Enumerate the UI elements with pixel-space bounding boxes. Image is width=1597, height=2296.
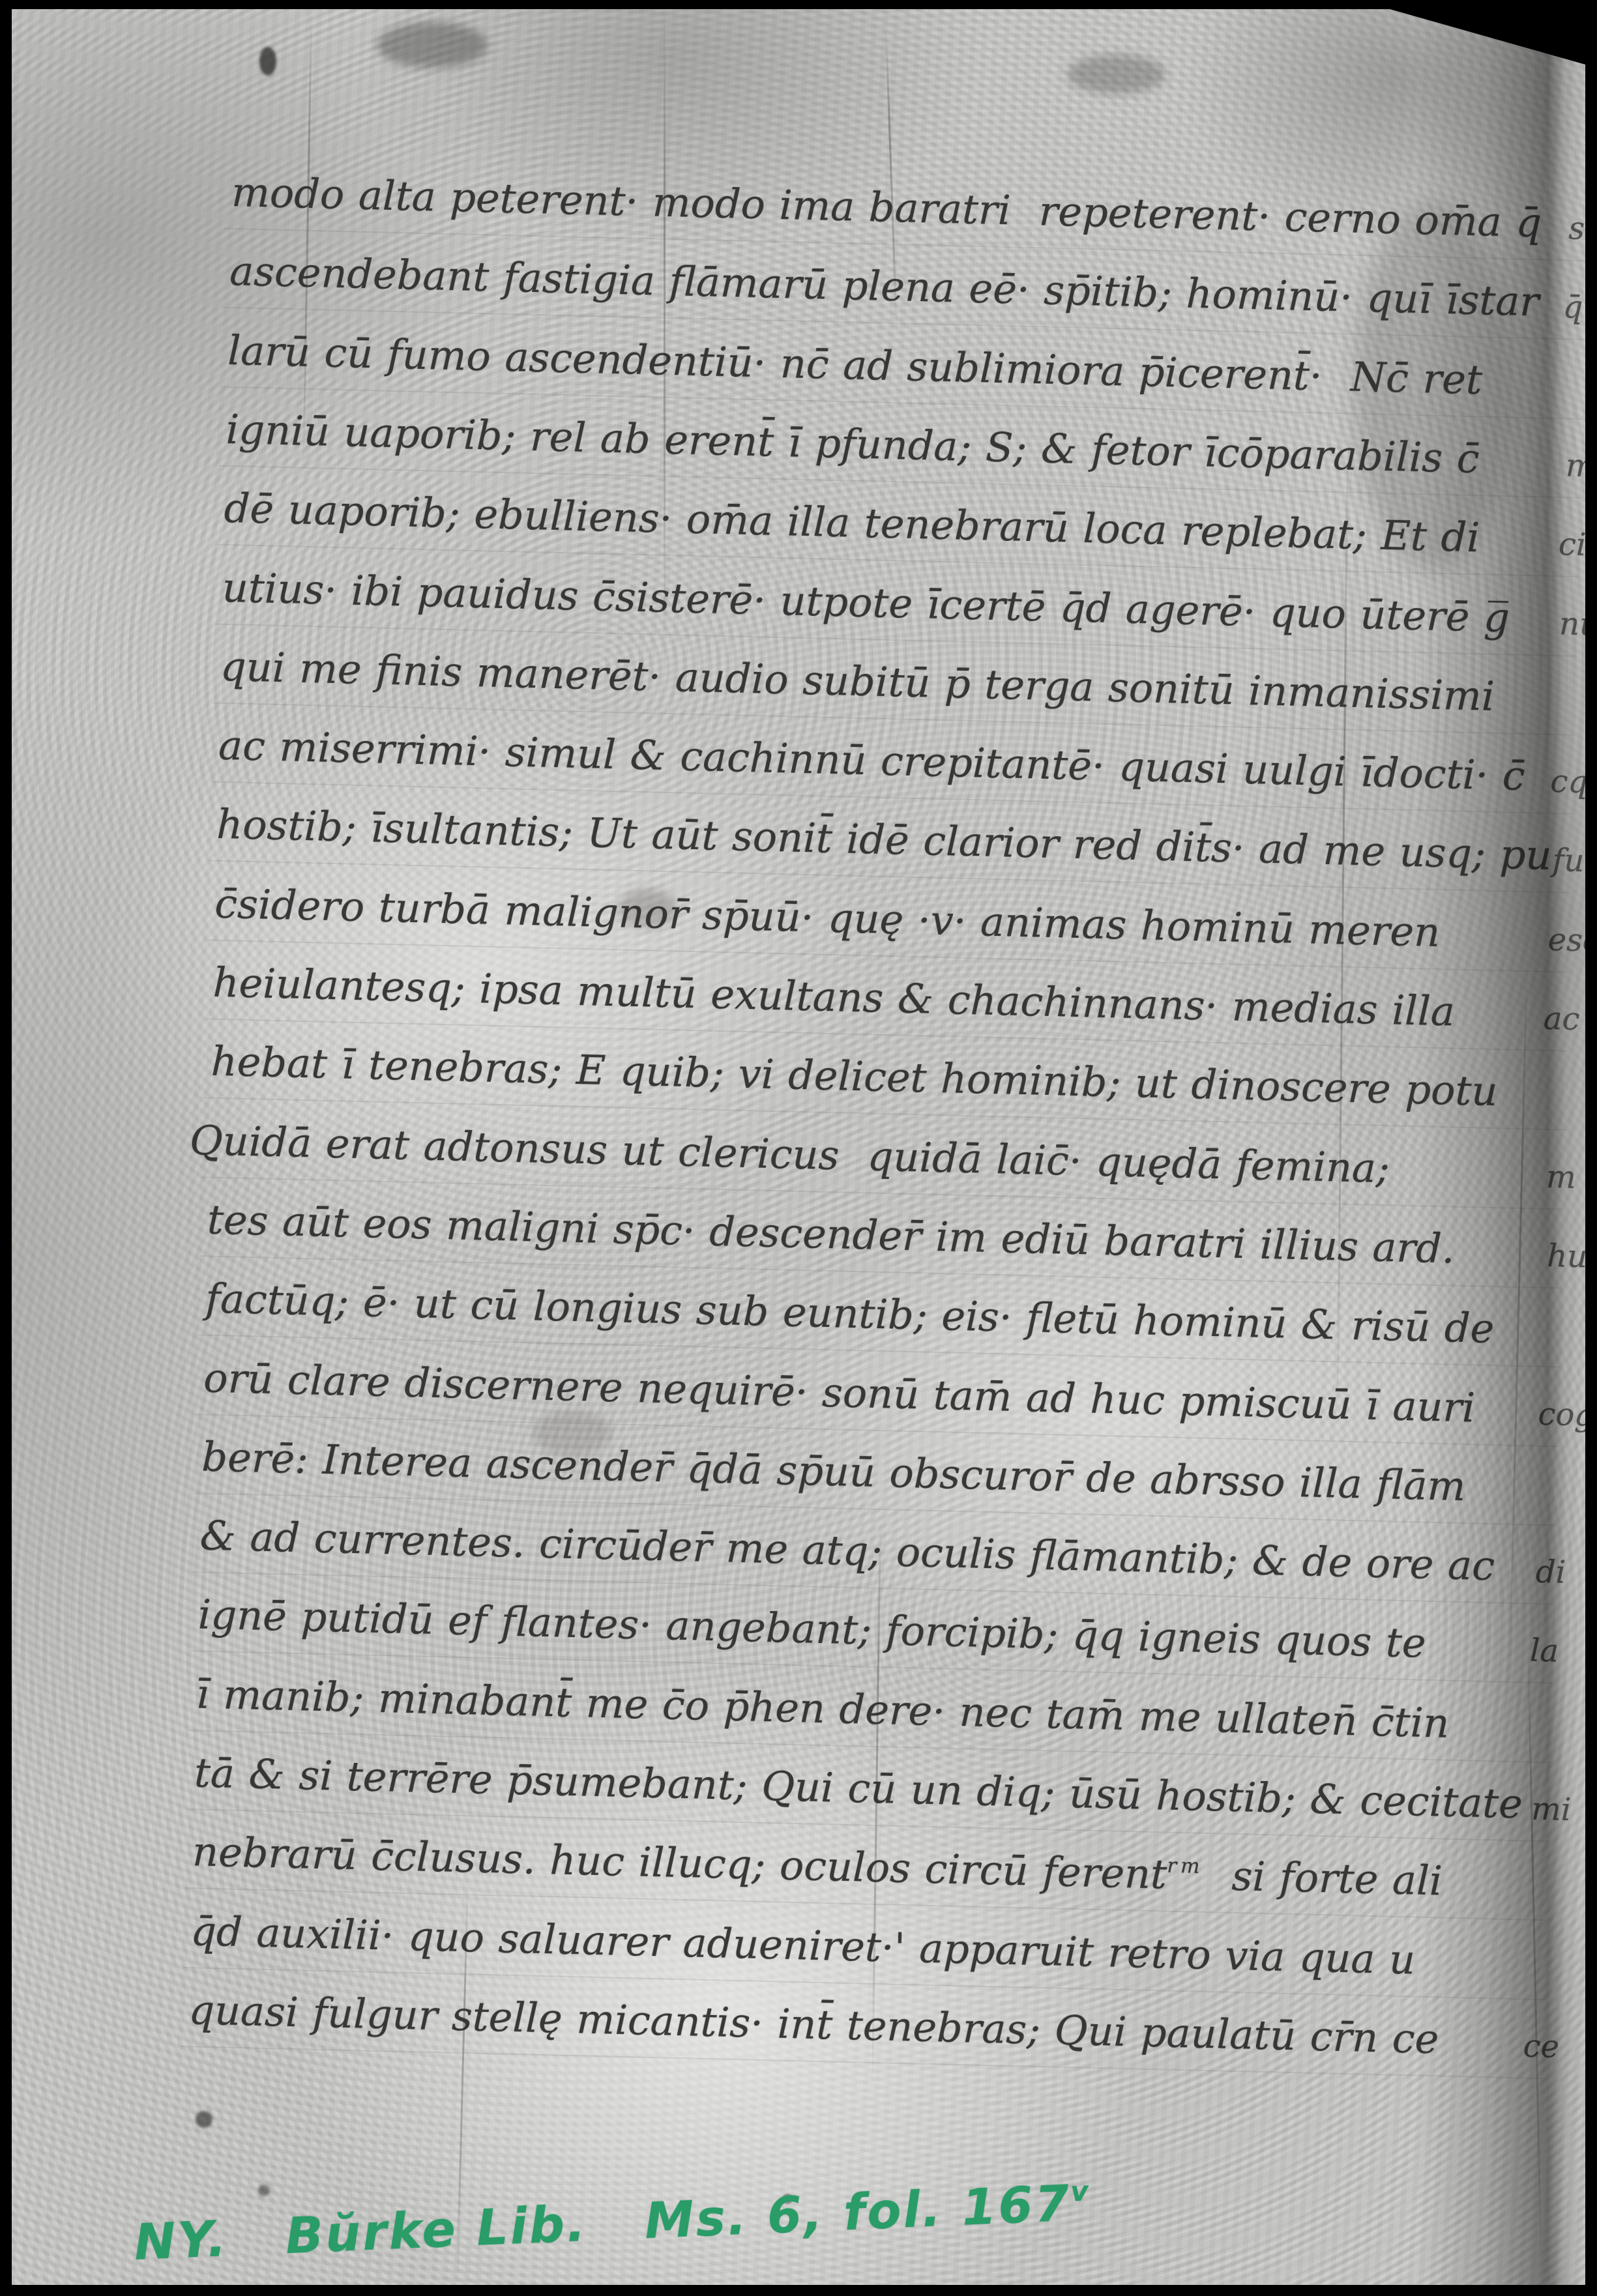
stain [377, 22, 488, 68]
text-line: quasi fulgur stellę micantis· int̄ teneb… [188, 1990, 1439, 2059]
page-corner-notch [1390, 9, 1585, 65]
text-line: qui me finis manerēt· audio subitū p̄ te… [220, 647, 1495, 717]
text-line: ignē putidū ef flantes· angebant; forcip… [198, 1595, 1426, 1664]
curator-annotation: NY. Bŭrke Lib. Ms. 6, fol. 167v [133, 2173, 1092, 2271]
manuscript-photograph-canvas: { "colors": { "background": "#000000", "… [0, 0, 1597, 2296]
interlinear-correction: rm [1167, 1854, 1204, 1878]
text-line: berē: Interea ascender̄ q̄dā sp̄uū obscu… [201, 1436, 1466, 1507]
gutter-shadow [1416, 9, 1585, 2285]
text-line: nebrarū c̄clusus. huc illucq; oculos cir… [192, 1832, 1443, 1902]
text-line: orū clare discernere nequirē· sonū tam̄ … [203, 1358, 1476, 1428]
text-line: ī manib; minabant̄ me c̄o p̄hen dere· ne… [196, 1674, 1450, 1743]
manuscript-text: modo alta peterent· modo ima baratri rep… [186, 172, 1585, 2158]
text-line: dē uaporib; ebulliens· om̄a illa tenebra… [224, 488, 1480, 558]
text-line: larū cū fumo ascendentiū· nc̄ ad sublimi… [227, 330, 1483, 400]
manuscript-photo: modo alta peterent· modo ima baratri rep… [12, 9, 1585, 2285]
text-line: q̄d auxilii· quo saluarer adueniret·' ap… [190, 1911, 1416, 1980]
text-line: heiulantesq; ipsa multū exultans & chach… [212, 963, 1456, 1032]
text-line: igniū uaporib; rel ab erent̄ ī pfunda; S… [226, 409, 1480, 479]
annotation-text: NY. Bŭrke Lib. Ms. 6, fol. 167 [133, 2174, 1072, 2271]
text-line: tes aūt eos maligni sp̄c· descender̄ im … [207, 1199, 1455, 1269]
stain [1068, 55, 1165, 94]
text-line: c̄sidero turbā malignor̄ sp̄uū· quę ·v· … [214, 883, 1441, 952]
annotation-superscript: v [1070, 2175, 1091, 2207]
text-line: Quidā erat adtonsus ut clericus quidā la… [189, 1120, 1390, 1188]
ink-blot [259, 47, 276, 76]
ink-spot [258, 2185, 270, 2196]
